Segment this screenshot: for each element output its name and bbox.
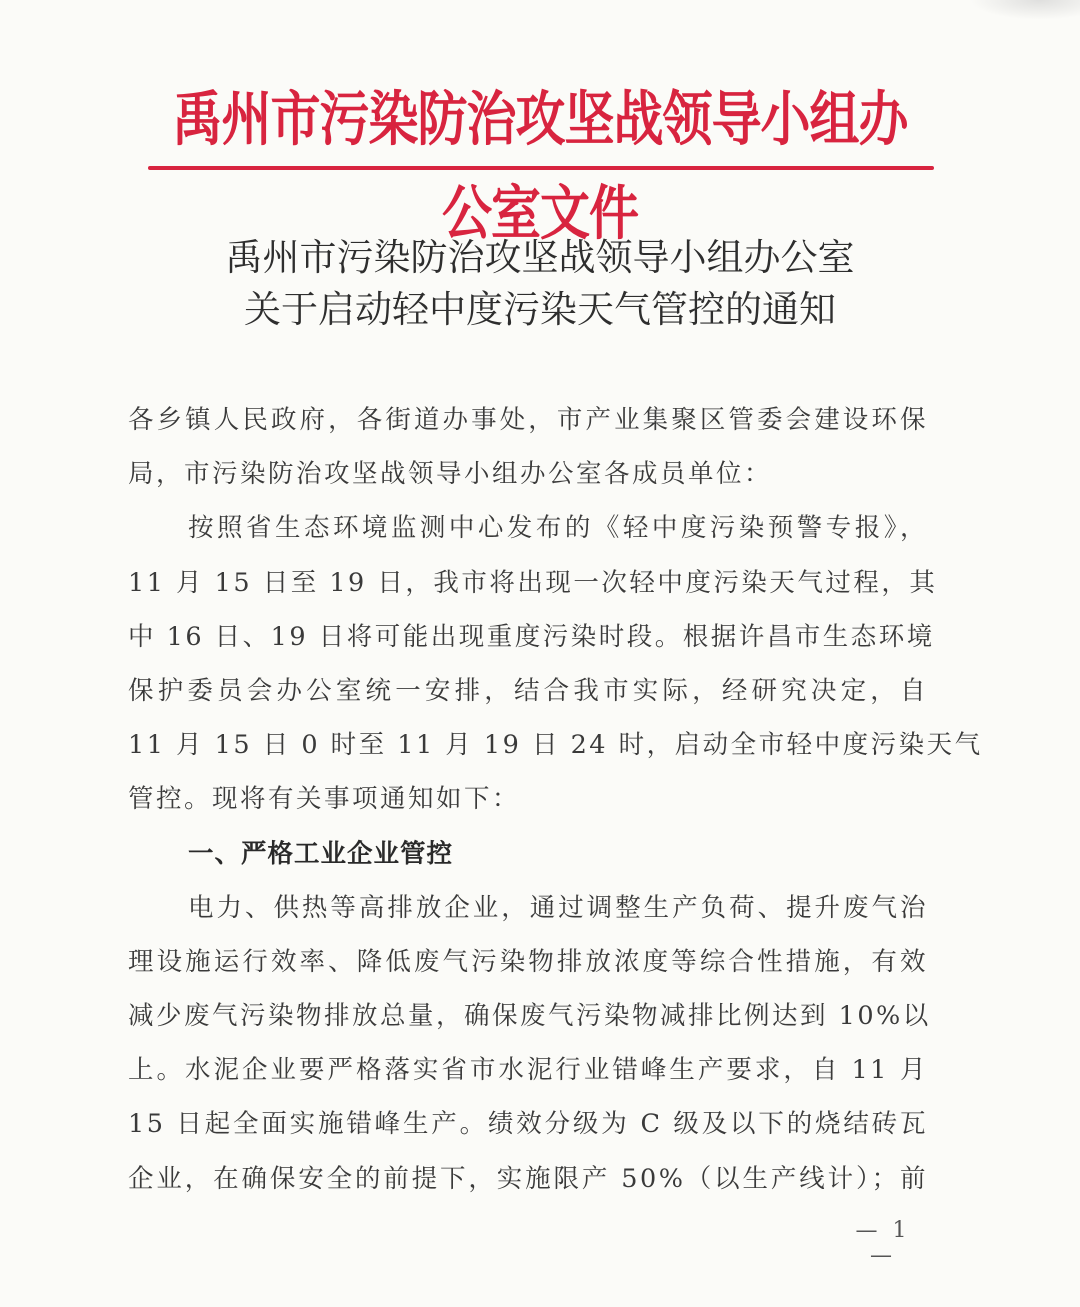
paragraph-line: 理设施运行效率、降低废气污染物排放浓度等综合性措施，有效 [128,935,928,989]
paragraph-line: 减少废气污染物排放总量，确保废气污染物减排比例达到 10%以 [128,989,928,1043]
page-number: — 1 — [838,1218,928,1268]
paragraph-line: 管控。现将有关事项通知如下： [128,772,928,826]
paragraph-line: 企业，在确保安全的前提下，实施限产 50%（以生产线计）；前 [128,1152,928,1206]
letterhead-red-rule [148,166,934,170]
addressee-line: 各乡镇人民政府，各街道办事处，市产业集聚区管委会建设环保 [128,393,928,447]
paragraph-line: 保护委员会办公室统一安排，结合我市实际，经研究决定，自 [128,664,928,718]
paragraph-line: 上。水泥企业要严格落实省市水泥行业错峰生产要求，自 11 月 [128,1043,928,1097]
document-title-line-2: 关于启动轻中度污染天气管控的通知 [0,284,1080,336]
document-title-line-1: 禹州市污染防治攻坚战领导小组办公室 [0,232,1080,284]
paragraph-line: 15 日起全面实施错峰生产。绩效分级为 C 级及以下的烧结砖瓦 [128,1097,928,1151]
document-title: 禹州市污染防治攻坚战领导小组办公室 关于启动轻中度污染天气管控的通知 [0,232,1080,336]
document-body: 各乡镇人民政府，各街道办事处，市产业集聚区管委会建设环保 局，市污染防治攻坚战领… [128,393,928,1206]
page-corner-shadow [970,0,1080,20]
section-heading: 一、严格工业企业管控 [128,827,928,881]
paragraph-line: 11 月 15 日至 19 日，我市将出现一次轻中度污染天气过程，其 [128,556,928,610]
paragraph-line: 按照省生态环境监测中心发布的《轻中度污染预警专报》， [128,501,928,555]
paragraph-line: 11 月 15 日 0 时至 11 月 19 日 24 时，启动全市轻中度污染天… [128,718,928,772]
addressee-line: 局，市污染防治攻坚战领导小组办公室各成员单位： [128,447,928,501]
paragraph-line: 中 16 日、19 日将可能出现重度污染时段。根据许昌市生态环境 [128,610,928,664]
paragraph-line: 电力、供热等高排放企业，通过调整生产负荷、提升废气治 [128,881,928,935]
